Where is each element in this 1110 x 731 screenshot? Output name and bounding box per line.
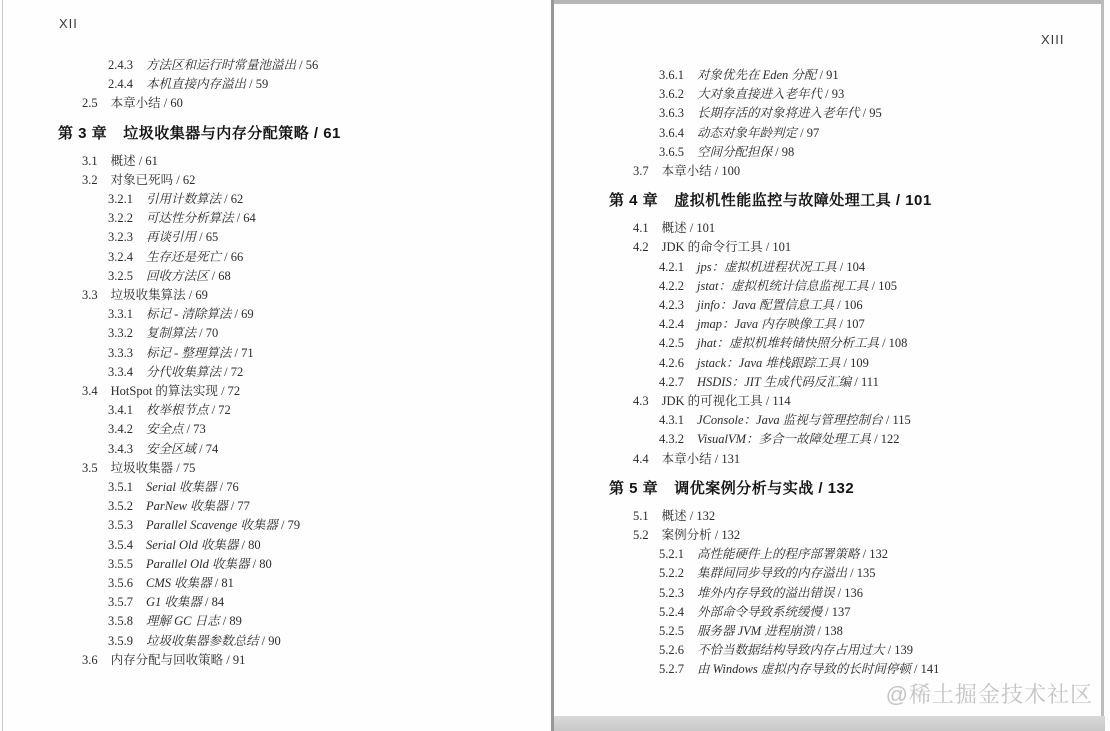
toc-entry-row: 4.2.1jps：虚拟机进程状况工具 / 104 bbox=[554, 258, 1103, 277]
entry-title: 方法区和运行时常量池溢出 bbox=[146, 58, 296, 72]
toc-entry-row: 3.5.8理解 GC 日志 / 89 bbox=[3, 612, 551, 631]
toc-entry-row: 3.6.5空间分配担保 / 98 bbox=[554, 143, 1103, 162]
entry-page: / 131 bbox=[712, 452, 740, 466]
entry-number: 4.2.7 bbox=[659, 373, 684, 392]
entry-title: 标记 - 清除算法 bbox=[146, 307, 231, 321]
entry-page: / 141 bbox=[911, 662, 939, 676]
entry-page: / 111 bbox=[851, 375, 879, 389]
page-number-right: XIII bbox=[1041, 32, 1065, 47]
entry-number: 3.5.3 bbox=[108, 516, 133, 535]
toc-list-right: 3.6.1对象优先在 Eden 分配 / 913.6.2大对象直接进入老年代 /… bbox=[554, 66, 1103, 680]
entry-number: 3.3.2 bbox=[108, 324, 133, 343]
toc-entry-row: 5.2.6不恰当数据结构导致内存占用过大 / 139 bbox=[554, 641, 1103, 660]
entry-page: / 56 bbox=[296, 58, 318, 72]
toc-entry-row: 2.4.4本机直接内存溢出 / 59 bbox=[3, 75, 551, 94]
entry-number: 3.4 bbox=[82, 382, 98, 401]
entry-title: 外部命令导致系统缓慢 bbox=[697, 605, 822, 619]
entry-title: VisualVM：多合一故障处理工具 bbox=[697, 432, 871, 446]
entry-number: 4.2.6 bbox=[659, 354, 684, 373]
entry-number: 3.3.4 bbox=[108, 363, 133, 382]
entry-title: 回收方法区 bbox=[146, 269, 209, 283]
entry-title: 垃圾收集算法 bbox=[111, 288, 186, 302]
entry-number: 3.7 bbox=[633, 162, 649, 181]
entry-page: / 66 bbox=[221, 250, 243, 264]
entry-title: jinfo：Java 配置信息工具 bbox=[697, 298, 834, 312]
toc-entry-row: 3.4.1枚举根节点 / 72 bbox=[3, 401, 551, 420]
entry-number: 3.6.4 bbox=[659, 124, 684, 143]
entry-number: 3.5.8 bbox=[108, 612, 133, 631]
toc-entry-row: 4.2JDK 的命令行工具 / 101 bbox=[554, 238, 1103, 257]
toc-entry-row: 3.3.4分代收集算法 / 72 bbox=[3, 363, 551, 382]
entry-page: / 73 bbox=[184, 422, 206, 436]
entry-page: / 136 bbox=[835, 586, 863, 600]
entry-number: 3.5.7 bbox=[108, 593, 133, 612]
entry-page: / 81 bbox=[212, 576, 234, 590]
entry-page: / 80 bbox=[238, 538, 260, 552]
entry-page: / 64 bbox=[234, 211, 256, 225]
entry-title: 引用计数算法 bbox=[146, 192, 221, 206]
entry-number: 4.2.4 bbox=[659, 315, 684, 334]
entry-title: 理解 GC 日志 bbox=[146, 614, 220, 628]
toc-chapter-row: 第 3 章垃圾收集器与内存分配策略 / 61 bbox=[3, 122, 551, 146]
entry-title: 调优案例分析与实战 bbox=[674, 480, 814, 497]
toc-entry-row: 3.4.3安全区域 / 74 bbox=[3, 440, 551, 459]
entry-title: jstack：Java 堆栈跟踪工具 bbox=[697, 356, 840, 370]
toc-entry-row: 5.2.5服务器 JVM 进程崩溃 / 138 bbox=[554, 622, 1103, 641]
entry-title: ParNew 收集器 bbox=[146, 499, 228, 513]
entry-title: 由 Windows 虚拟内存导致的长时间停顿 bbox=[697, 662, 911, 676]
toc-entry-row: 5.2.7由 Windows 虚拟内存导致的长时间停顿 / 141 bbox=[554, 660, 1103, 679]
entry-page: / 93 bbox=[822, 87, 844, 101]
entry-page: / 80 bbox=[249, 557, 271, 571]
toc-entry-row: 3.5.9垃圾收集器参数总结 / 90 bbox=[3, 632, 551, 651]
entry-number: 5.2.6 bbox=[659, 641, 684, 660]
entry-page: / 109 bbox=[840, 356, 868, 370]
entry-title: Serial 收集器 bbox=[146, 480, 216, 494]
entry-number: 5.1 bbox=[633, 507, 649, 526]
entry-number: 5.2.2 bbox=[659, 564, 684, 583]
entry-number: 3.2.1 bbox=[108, 190, 133, 209]
entry-number: 2.4.3 bbox=[108, 56, 133, 75]
entry-number: 3.6.1 bbox=[659, 66, 684, 85]
toc-entry-row: 4.3JDK 的可视化工具 / 114 bbox=[554, 392, 1103, 411]
entry-number: 5.2.1 bbox=[659, 545, 684, 564]
toc-entry-row: 5.2.2集群间同步导致的内存溢出 / 135 bbox=[554, 564, 1103, 583]
toc-entry-row: 3.2.2可达性分析算法 / 64 bbox=[3, 209, 551, 228]
toc-entry-row: 2.4.3方法区和运行时常量池溢出 / 56 bbox=[3, 56, 551, 75]
entry-number: 第 4 章 bbox=[609, 189, 658, 213]
entry-page: / 132 bbox=[860, 547, 888, 561]
entry-page: / 62 bbox=[173, 173, 195, 187]
toc-entry-row: 3.5.3Parallel Scavenge 收集器 / 79 bbox=[3, 516, 551, 535]
entry-title: 不恰当数据结构导致内存占用过大 bbox=[697, 643, 885, 657]
toc-entry-row: 3.7本章小结 / 100 bbox=[554, 162, 1103, 181]
entry-title: 案例分析 bbox=[662, 528, 712, 542]
entry-number: 5.2.5 bbox=[659, 622, 684, 641]
entry-title: 分代收集算法 bbox=[146, 365, 221, 379]
entry-number: 3.3.3 bbox=[108, 344, 133, 363]
entry-number: 2.4.4 bbox=[108, 75, 133, 94]
entry-page: / 106 bbox=[834, 298, 862, 312]
entry-title: 垃圾收集器 bbox=[111, 461, 174, 475]
toc-entry-row: 3.6.4动态对象年龄判定 / 97 bbox=[554, 124, 1103, 143]
entry-title: jhat：虚拟机堆转储快照分析工具 bbox=[697, 336, 879, 350]
toc-entry-row: 3.1概述 / 61 bbox=[3, 152, 551, 171]
entry-page: / 132 bbox=[687, 509, 715, 523]
entry-number: 3.2 bbox=[82, 171, 98, 190]
entry-page: / 79 bbox=[278, 518, 300, 532]
entry-page: / 108 bbox=[879, 336, 907, 350]
toc-entry-row: 4.2.5jhat：虚拟机堆转储快照分析工具 / 108 bbox=[554, 334, 1103, 353]
toc-entry-row: 3.4.2安全点 / 73 bbox=[3, 420, 551, 439]
entry-page: / 101 bbox=[687, 221, 715, 235]
toc-entry-row: 5.2.3堆外内存导致的溢出错误 / 136 bbox=[554, 584, 1103, 603]
entry-page: / 98 bbox=[772, 145, 794, 159]
entry-title: HotSpot 的算法实现 bbox=[111, 384, 218, 398]
entry-title: 本机直接内存溢出 bbox=[146, 77, 246, 91]
entry-number: 4.4 bbox=[633, 450, 649, 469]
entry-number: 4.1 bbox=[633, 219, 649, 238]
toc-entry-row: 3.3.3标记 - 整理算法 / 71 bbox=[3, 344, 551, 363]
toc-entry-row: 4.2.6jstack：Java 堆栈跟踪工具 / 109 bbox=[554, 354, 1103, 373]
entry-page: / 91 bbox=[223, 653, 245, 667]
entry-page: / 70 bbox=[196, 326, 218, 340]
toc-entry-row: 3.5.5Parallel Old 收集器 / 80 bbox=[3, 555, 551, 574]
entry-title: 服务器 JVM 进程崩溃 bbox=[697, 624, 814, 638]
entry-title: 本章小结 bbox=[662, 452, 712, 466]
page-number-left: XII bbox=[59, 16, 78, 31]
toc-chapter-row: 第 5 章调优案例分析与实战 / 132 bbox=[554, 477, 1103, 501]
toc-entry-row: 4.3.2VisualVM：多合一故障处理工具 / 122 bbox=[554, 430, 1103, 449]
entry-title: 空间分配担保 bbox=[697, 145, 772, 159]
toc-entry-row: 3.5.1Serial 收集器 / 76 bbox=[3, 478, 551, 497]
entry-title: 内存分配与回收策略 bbox=[111, 653, 224, 667]
toc-entry-row: 3.5.7G1 收集器 / 84 bbox=[3, 593, 551, 612]
entry-number: 3.4.3 bbox=[108, 440, 133, 459]
toc-entry-row: 3.5.2ParNew 收集器 / 77 bbox=[3, 497, 551, 516]
entry-title: jmap：Java 内存映像工具 bbox=[697, 317, 836, 331]
entry-page: / 107 bbox=[836, 317, 864, 331]
entry-number: 3.1 bbox=[82, 152, 98, 171]
toc-entry-row: 5.2.4外部命令导致系统缓慢 / 137 bbox=[554, 603, 1103, 622]
entry-title: JConsole：Java 监视与管理控制台 bbox=[697, 413, 883, 427]
entry-page: / 122 bbox=[871, 432, 899, 446]
toc-entry-row: 3.5垃圾收集器 / 75 bbox=[3, 459, 551, 478]
entry-page: / 59 bbox=[246, 77, 268, 91]
entry-number: 3.2.2 bbox=[108, 209, 133, 228]
page-edge-bottom bbox=[554, 716, 1105, 731]
toc-entry-row: 3.6.1对象优先在 Eden 分配 / 91 bbox=[554, 66, 1103, 85]
entry-title: 概述 bbox=[662, 221, 687, 235]
entry-title: 概述 bbox=[111, 154, 136, 168]
entry-number: 3.6 bbox=[82, 651, 98, 670]
toc-entry-row: 3.2.5回收方法区 / 68 bbox=[3, 267, 551, 286]
toc-entry-row: 4.4本章小结 / 131 bbox=[554, 450, 1103, 469]
entry-page: / 76 bbox=[216, 480, 238, 494]
entry-page: / 105 bbox=[869, 279, 897, 293]
entry-number: 5.2.3 bbox=[659, 584, 684, 603]
entry-title: 虚拟机性能监控与故障处理工具 bbox=[674, 192, 891, 209]
entry-page: / 62 bbox=[221, 192, 243, 206]
entry-title: 长期存活的对象将进入老年代 bbox=[697, 106, 860, 120]
toc-entry-row: 4.2.4jmap：Java 内存映像工具 / 107 bbox=[554, 315, 1103, 334]
toc-entry-row: 3.3垃圾收集算法 / 69 bbox=[3, 286, 551, 305]
entry-number: 5.2 bbox=[633, 526, 649, 545]
toc-entry-row: 2.5本章小结 / 60 bbox=[3, 94, 551, 113]
entry-number: 4.3.2 bbox=[659, 430, 684, 449]
entry-number: 3.5.1 bbox=[108, 478, 133, 497]
entry-page: / 132 bbox=[712, 528, 740, 542]
entry-page: / 132 bbox=[814, 480, 855, 497]
entry-title: JDK 的命令行工具 bbox=[662, 240, 763, 254]
page-edge-right bbox=[1101, 0, 1104, 720]
entry-title: 复制算法 bbox=[146, 326, 196, 340]
entry-page: / 114 bbox=[763, 394, 791, 408]
entry-page: / 77 bbox=[228, 499, 250, 513]
entry-page: / 71 bbox=[231, 346, 253, 360]
toc-entry-row: 3.6内存分配与回收策略 / 91 bbox=[3, 651, 551, 670]
entry-number: 3.2.3 bbox=[108, 228, 133, 247]
entry-title: 枚举根节点 bbox=[146, 403, 209, 417]
entry-number: 5.2.7 bbox=[659, 660, 684, 679]
entry-number: 4.2.5 bbox=[659, 334, 684, 353]
toc-entry-row: 3.2.4生存还是死亡 / 66 bbox=[3, 248, 551, 267]
entry-title: Parallel Scavenge 收集器 bbox=[146, 518, 278, 532]
toc-entry-row: 3.2.1引用计数算法 / 62 bbox=[3, 190, 551, 209]
entry-title: 大对象直接进入老年代 bbox=[697, 87, 822, 101]
entry-page: / 139 bbox=[885, 643, 913, 657]
entry-title: JDK 的可视化工具 bbox=[662, 394, 763, 408]
entry-title: jstat：虚拟机统计信息监视工具 bbox=[697, 279, 869, 293]
toc-entry-row: 4.3.1JConsole：Java 监视与管理控制台 / 115 bbox=[554, 411, 1103, 430]
entry-number: 3.2.4 bbox=[108, 248, 133, 267]
entry-number: 4.2 bbox=[633, 238, 649, 257]
entry-number: 3.6.3 bbox=[659, 104, 684, 123]
entry-page: / 74 bbox=[196, 442, 218, 456]
watermark: @稀土掘金技术社区 bbox=[886, 678, 1093, 709]
entry-title: HSDIS：JIT 生成代码反汇编 bbox=[697, 375, 851, 389]
entry-page: / 104 bbox=[837, 260, 865, 274]
toc-entry-row: 3.3.2复制算法 / 70 bbox=[3, 324, 551, 343]
entry-title: 再谈引用 bbox=[146, 230, 196, 244]
entry-number: 5.2.4 bbox=[659, 603, 684, 622]
entry-page: / 69 bbox=[186, 288, 208, 302]
entry-title: 高性能硬件上的程序部署策略 bbox=[697, 547, 860, 561]
toc-entry-row: 3.2.3再谈引用 / 65 bbox=[3, 228, 551, 247]
page-left: XII 2.4.3方法区和运行时常量池溢出 / 562.4.4本机直接内存溢出 … bbox=[2, 0, 551, 731]
book-spread: XII 2.4.3方法区和运行时常量池溢出 / 562.4.4本机直接内存溢出 … bbox=[0, 0, 1110, 731]
entry-title: jps：虚拟机进程状况工具 bbox=[697, 260, 837, 274]
entry-page: / 61 bbox=[136, 154, 158, 168]
entry-title: 标记 - 整理算法 bbox=[146, 346, 231, 360]
toc-entry-row: 3.3.1标记 - 清除算法 / 69 bbox=[3, 305, 551, 324]
entry-title: 概述 bbox=[662, 509, 687, 523]
toc-entry-row: 4.1概述 / 101 bbox=[554, 219, 1103, 238]
entry-page: / 138 bbox=[814, 624, 842, 638]
toc-entry-row: 3.5.4Serial Old 收集器 / 80 bbox=[3, 536, 551, 555]
entry-number: 3.5.2 bbox=[108, 497, 133, 516]
entry-number: 3.4.1 bbox=[108, 401, 133, 420]
entry-title: 安全点 bbox=[146, 422, 184, 436]
entry-number: 第 3 章 bbox=[58, 122, 107, 146]
toc-entry-row: 4.2.2jstat：虚拟机统计信息监视工具 / 105 bbox=[554, 277, 1103, 296]
entry-number: 3.6.2 bbox=[659, 85, 684, 104]
entry-number: 3.5 bbox=[82, 459, 98, 478]
entry-page: / 101 bbox=[763, 240, 791, 254]
entry-title: 本章小结 bbox=[662, 164, 712, 178]
toc-entry-row: 4.2.7HSDIS：JIT 生成代码反汇编 / 111 bbox=[554, 373, 1103, 392]
entry-title: 生存还是死亡 bbox=[146, 250, 221, 264]
entry-page: / 72 bbox=[221, 365, 243, 379]
entry-title: 安全区域 bbox=[146, 442, 196, 456]
entry-page: / 115 bbox=[883, 413, 911, 427]
entry-page: / 72 bbox=[209, 403, 231, 417]
entry-number: 4.3 bbox=[633, 392, 649, 411]
entry-page: / 75 bbox=[173, 461, 195, 475]
entry-page: / 69 bbox=[231, 307, 253, 321]
toc-entry-row: 3.6.2大对象直接进入老年代 / 93 bbox=[554, 85, 1103, 104]
entry-page: / 137 bbox=[822, 605, 850, 619]
entry-page: / 100 bbox=[712, 164, 740, 178]
entry-title: 对象已死吗 bbox=[111, 173, 174, 187]
entry-number: 3.3 bbox=[82, 286, 98, 305]
page-right: XIII 3.6.1对象优先在 Eden 分配 / 913.6.2大对象直接进入… bbox=[554, 0, 1103, 731]
toc-entry-row: 5.2.1高性能硬件上的程序部署策略 / 132 bbox=[554, 545, 1103, 564]
toc-entry-row: 5.2案例分析 / 132 bbox=[554, 526, 1103, 545]
entry-number: 3.5.6 bbox=[108, 574, 133, 593]
entry-title: CMS 收集器 bbox=[146, 576, 212, 590]
entry-title: 动态对象年龄判定 bbox=[697, 126, 797, 140]
entry-page: / 84 bbox=[202, 595, 224, 609]
toc-entry-row: 5.1概述 / 132 bbox=[554, 507, 1103, 526]
toc-entry-row: 3.2对象已死吗 / 62 bbox=[3, 171, 551, 190]
entry-title: 垃圾收集器与内存分配策略 bbox=[123, 125, 309, 142]
entry-title: Parallel Old 收集器 bbox=[146, 557, 249, 571]
entry-page: / 95 bbox=[860, 106, 882, 120]
entry-page: / 68 bbox=[209, 269, 231, 283]
entry-title: Serial Old 收集器 bbox=[146, 538, 238, 552]
toc-list-left: 2.4.3方法区和运行时常量池溢出 / 562.4.4本机直接内存溢出 / 59… bbox=[3, 56, 551, 670]
entry-title: 对象优先在 Eden 分配 bbox=[697, 68, 816, 82]
entry-page: / 72 bbox=[218, 384, 240, 398]
entry-title: 可达性分析算法 bbox=[146, 211, 234, 225]
entry-page: / 135 bbox=[847, 566, 875, 580]
entry-page: / 97 bbox=[797, 126, 819, 140]
entry-page: / 65 bbox=[196, 230, 218, 244]
entry-title: 垃圾收集器参数总结 bbox=[146, 634, 259, 648]
entry-number: 3.4.2 bbox=[108, 420, 133, 439]
toc-chapter-row: 第 4 章虚拟机性能监控与故障处理工具 / 101 bbox=[554, 189, 1103, 213]
entry-title: 堆外内存导致的溢出错误 bbox=[697, 586, 835, 600]
entry-page: / 60 bbox=[161, 96, 183, 110]
entry-number: 3.6.5 bbox=[659, 143, 684, 162]
entry-number: 3.5.9 bbox=[108, 632, 133, 651]
entry-number: 3.2.5 bbox=[108, 267, 133, 286]
entry-number: 3.5.5 bbox=[108, 555, 133, 574]
entry-title: 集群间同步导致的内存溢出 bbox=[697, 566, 847, 580]
entry-page: / 91 bbox=[816, 68, 838, 82]
entry-number: 3.3.1 bbox=[108, 305, 133, 324]
toc-entry-row: 3.5.6CMS 收集器 / 81 bbox=[3, 574, 551, 593]
entry-page: / 61 bbox=[309, 125, 341, 142]
entry-number: 4.3.1 bbox=[659, 411, 684, 430]
toc-entry-row: 4.2.3jinfo：Java 配置信息工具 / 106 bbox=[554, 296, 1103, 315]
entry-page: / 101 bbox=[891, 192, 932, 209]
toc-entry-row: 3.4HotSpot 的算法实现 / 72 bbox=[3, 382, 551, 401]
entry-number: 2.5 bbox=[82, 94, 98, 113]
toc-entry-row: 3.6.3长期存活的对象将进入老年代 / 95 bbox=[554, 104, 1103, 123]
entry-page: / 90 bbox=[259, 634, 281, 648]
entry-number: 4.2.2 bbox=[659, 277, 684, 296]
entry-number: 4.2.3 bbox=[659, 296, 684, 315]
entry-number: 第 5 章 bbox=[609, 477, 658, 501]
entry-page: / 89 bbox=[220, 614, 242, 628]
entry-number: 3.5.4 bbox=[108, 536, 133, 555]
entry-title: G1 收集器 bbox=[146, 595, 202, 609]
entry-title: 本章小结 bbox=[111, 96, 161, 110]
entry-number: 4.2.1 bbox=[659, 258, 684, 277]
